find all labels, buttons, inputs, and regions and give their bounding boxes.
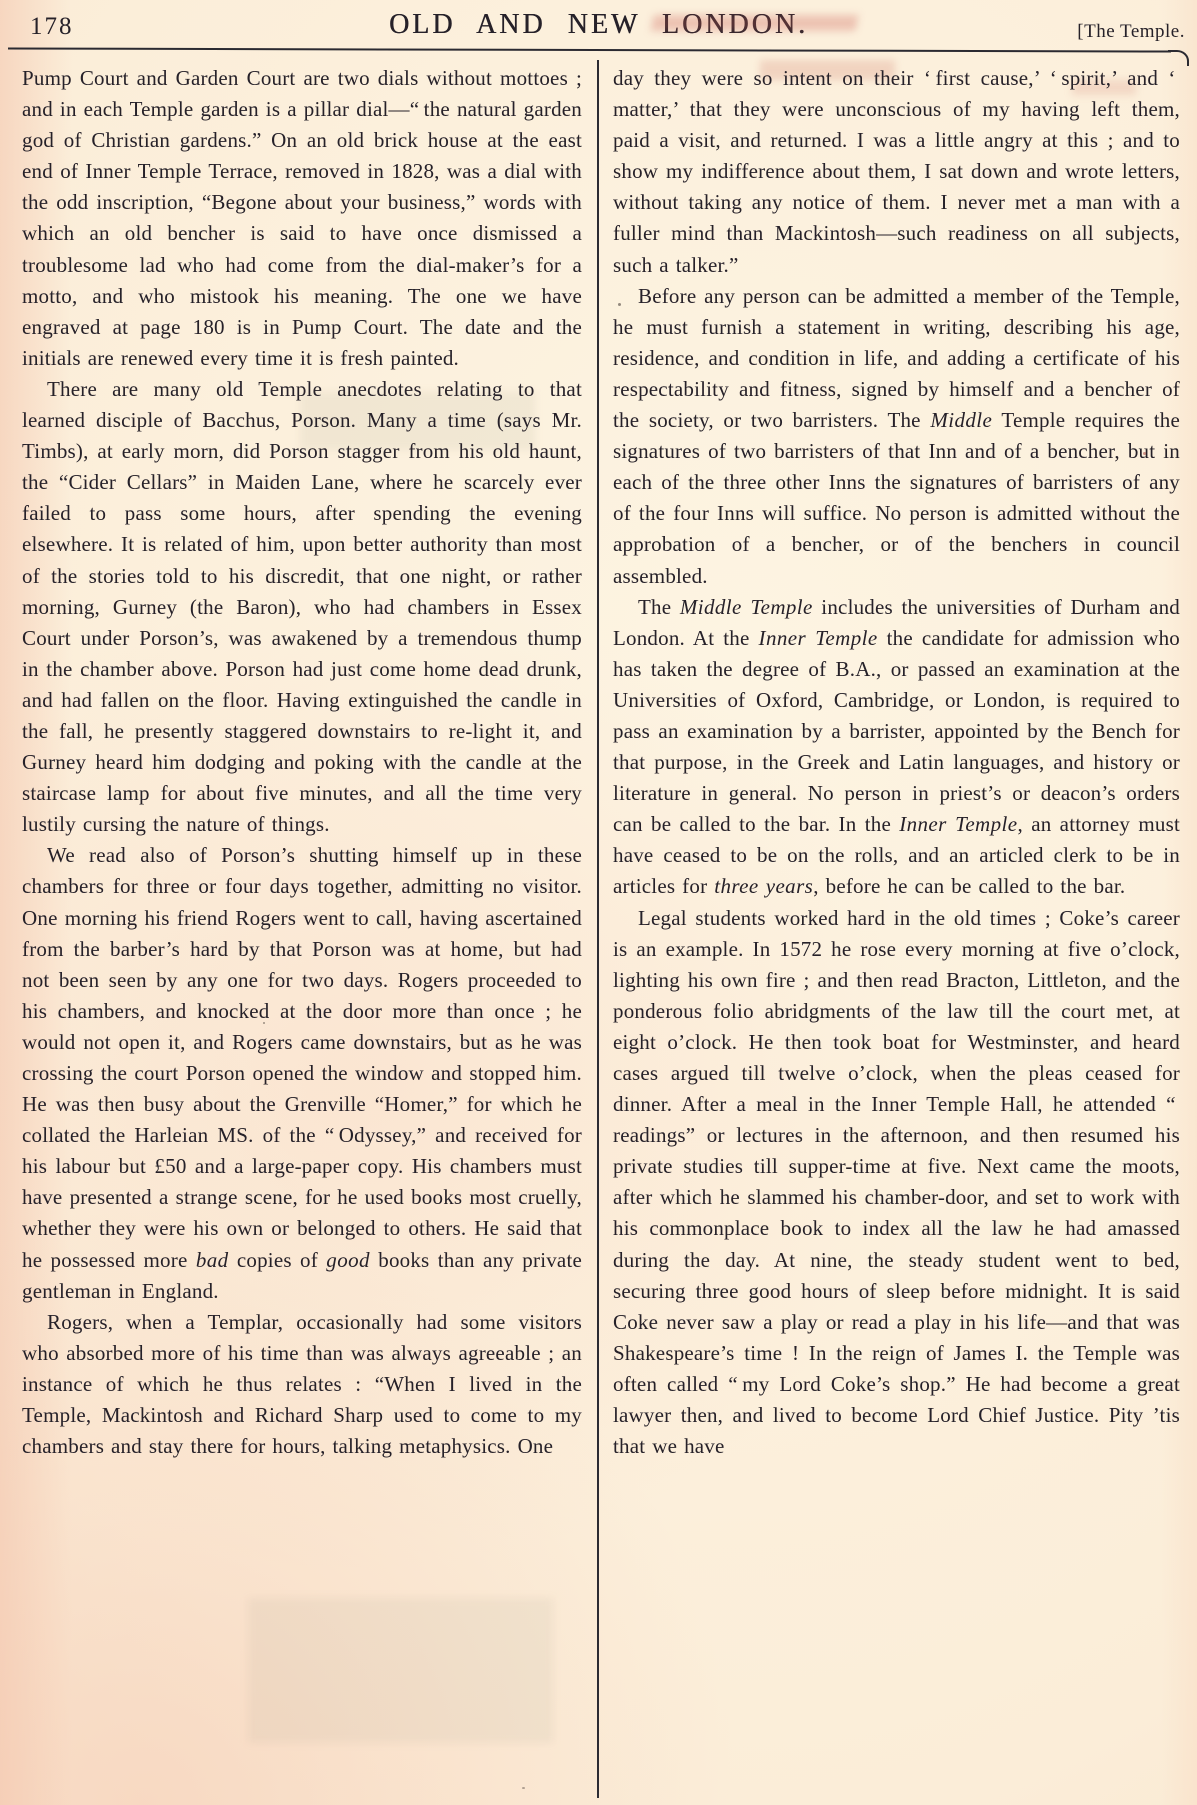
text-run: copies of: [229, 1248, 327, 1272]
paragraph: The Middle Temple includes the universit…: [613, 592, 1180, 903]
italic-text: three years: [714, 874, 813, 898]
book-page: 178 OLD AND NEW LONDON. [The Temple. Pum…: [0, 0, 1197, 1805]
italic-text: Inner Temple: [899, 812, 1017, 836]
column-divider: [597, 60, 599, 1798]
italic-text: bad: [196, 1248, 229, 1272]
italic-text: Middle Temple: [680, 595, 813, 619]
text-run: The: [638, 595, 680, 619]
paragraph: Legal students worked hard in the old ti…: [613, 903, 1180, 1463]
text-run: Rogers, when a Templar, occasionally had…: [22, 1310, 582, 1458]
italic-text: Middle: [930, 408, 992, 432]
bleed-through-ghost: [248, 1598, 553, 1743]
running-head: [The Temple.: [1077, 21, 1185, 43]
text-run: day they were so intent on their ‘ first…: [613, 66, 1180, 277]
left-column: Pump Court and Garden Court are two dial…: [22, 63, 582, 1462]
text-run: We read also of Porson’s shutting himsel…: [22, 843, 582, 1271]
header-rule: [8, 47, 1171, 52]
text-run: Temple requires the signatures of two ba…: [613, 408, 1180, 587]
text-run: the candidate for admission who has take…: [613, 626, 1180, 837]
paragraph: Rogers, when a Templar, occasionally had…: [22, 1307, 582, 1462]
scan-speck: [618, 303, 621, 306]
paragraph: Pump Court and Garden Court are two dial…: [22, 63, 582, 374]
scan-speck: [1143, 452, 1146, 455]
paragraph: day they were so intent on their ‘ first…: [613, 63, 1180, 281]
paragraph: Before any person can be admitted a memb…: [613, 281, 1180, 592]
scan-speck: [522, 1787, 525, 1789]
page-title: OLD AND NEW LONDON.: [0, 9, 1197, 41]
paragraph: There are many old Temple anecdotes rela…: [22, 374, 582, 840]
text-run: Pump Court and Garden Court are two dial…: [22, 66, 582, 370]
italic-text: good: [326, 1248, 370, 1272]
text-run: There are many old Temple anecdotes rela…: [22, 377, 582, 836]
paragraph: We read also of Porson’s shutting himsel…: [22, 840, 582, 1306]
italic-text: Inner Temple: [759, 626, 878, 650]
text-run: , before he can be called to the bar.: [813, 874, 1125, 898]
scan-speck: [263, 1022, 265, 1024]
right-column: day they were so intent on their ‘ first…: [613, 63, 1180, 1462]
text-run: Legal students worked hard in the old ti…: [613, 906, 1180, 1459]
